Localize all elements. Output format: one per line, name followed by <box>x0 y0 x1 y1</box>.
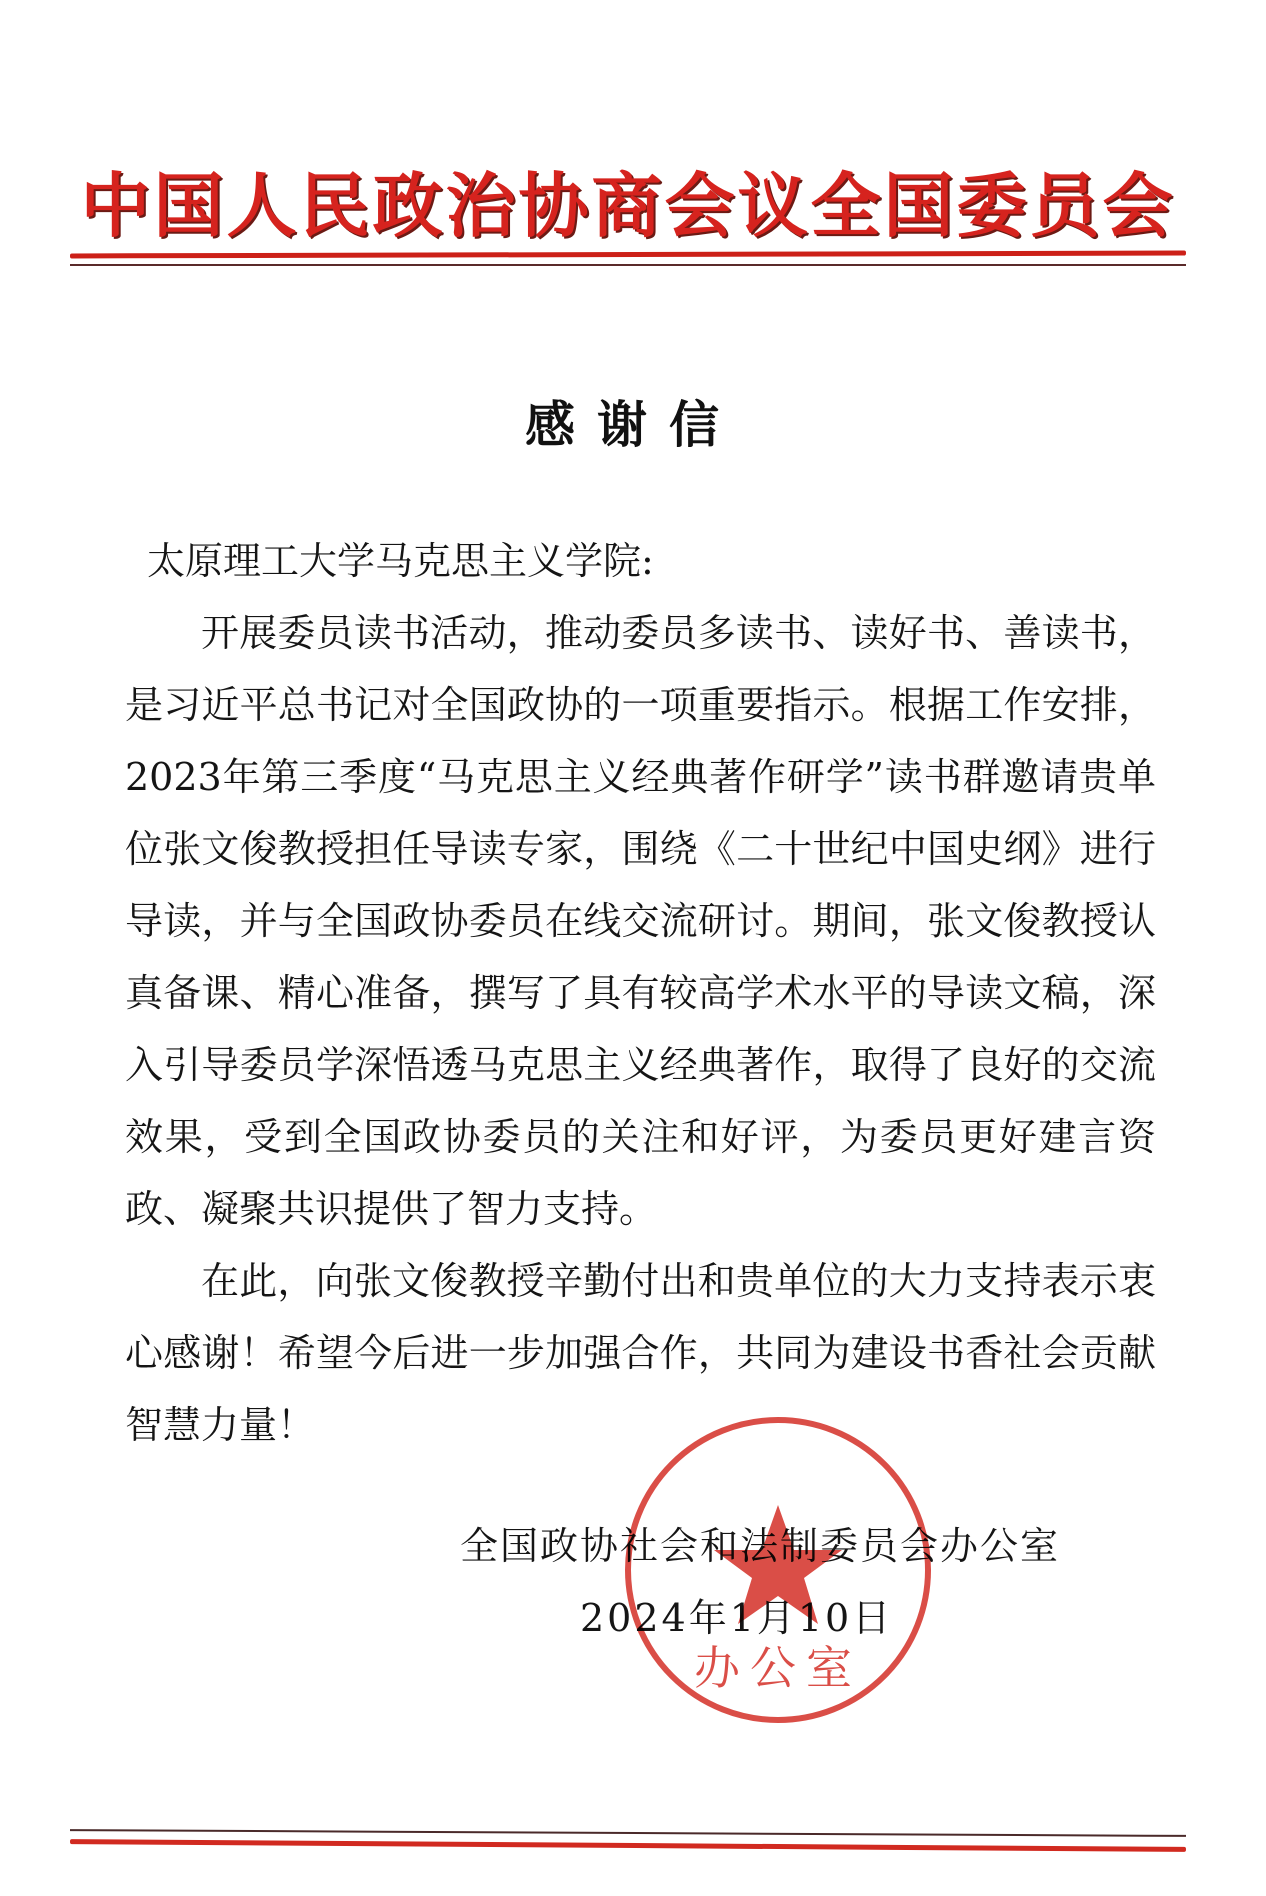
letterhead-dark-rule <box>70 264 1186 266</box>
seal-center-text: 办公室 <box>618 1632 938 1698</box>
letter-body: 太原理工大学马克思主义学院: 开展委员读书活动，推动委员多读书、读好书、善读书，… <box>125 525 1156 1461</box>
body-paragraph: 开展委员读书活动，推动委员多读书、读好书、善读书，是习近平总书记对全国政协的一项… <box>125 597 1156 1245</box>
star-icon <box>714 1505 842 1624</box>
official-seal-placeholder: 办公室 <box>618 1410 938 1730</box>
salutation: 太原理工大学马克思主义学院: <box>125 525 1156 597</box>
letterhead-organization: 中国人民政治协商会议全国委员会 <box>70 150 1186 251</box>
letter-title: 感谢信 <box>0 385 1266 457</box>
footer-dark-rule <box>70 1829 1186 1837</box>
letterhead: 中国人民政治协商会议全国委员会 <box>70 150 1186 251</box>
letterhead-red-rule <box>70 251 1186 259</box>
letter-page: 中国人民政治协商会议全国委员会 感谢信 太原理工大学马克思主义学院: 开展委员读… <box>0 0 1266 1896</box>
footer-red-rule <box>70 1839 1186 1852</box>
